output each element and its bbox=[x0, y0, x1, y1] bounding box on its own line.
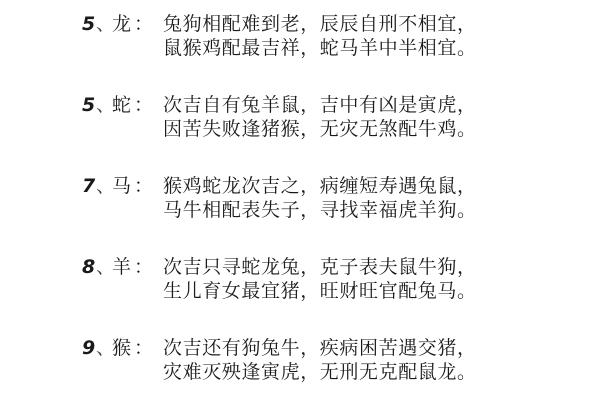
entry-number: 8 bbox=[82, 256, 96, 278]
verse-text: 次吉只寻蛇龙兔，克子表夫鼠牛狗， bbox=[163, 256, 477, 278]
entry-number: 7 bbox=[82, 175, 96, 197]
colon: ： bbox=[134, 13, 163, 35]
verse-entry-monkey: 9、猴：次吉还有狗兔牛，疾病困苦遇交猪， 灾难灭殃逢寅虎，无刑无克配鼠龙。 bbox=[82, 337, 542, 397]
entry-number: 5 bbox=[82, 94, 96, 116]
colon: ： bbox=[134, 175, 163, 197]
entry-number: 5 bbox=[82, 13, 96, 35]
separator: 、 bbox=[96, 337, 112, 359]
verse-line-1: 8、羊：次吉只寻蛇龙兔，克子表夫鼠牛狗， bbox=[82, 256, 477, 278]
separator: 、 bbox=[96, 175, 112, 197]
verse-line-1: 9、猴：次吉还有狗兔牛，疾病困苦遇交猪， bbox=[82, 337, 477, 359]
colon: ： bbox=[134, 94, 163, 116]
separator: 、 bbox=[96, 13, 112, 35]
verse-entry-dragon: 5、龙：兔狗相配难到老，辰辰自刑不相宜， 鼠猴鸡配最吉祥，蛇马羊中半相宜。 bbox=[82, 13, 542, 73]
verse-entry-horse: 7、马：猴鸡蛇龙次吉之，病缠短寿遇兔鼠， 马牛相配表失子，寻找幸福虎羊狗。 bbox=[82, 175, 542, 235]
zodiac-animal: 马 bbox=[112, 175, 134, 197]
entry-number: 9 bbox=[82, 337, 96, 359]
verse-text: 次吉还有狗兔牛，疾病困苦遇交猪， bbox=[163, 337, 477, 359]
verse-line-2: 灾难灭殃逢寅虎，无刑无克配鼠龙。 bbox=[163, 361, 477, 383]
verse-text: 兔狗相配难到老，辰辰自刑不相宜， bbox=[163, 13, 477, 35]
verse-line-2: 马牛相配表失子，寻找幸福虎羊狗。 bbox=[163, 199, 477, 221]
separator: 、 bbox=[96, 94, 112, 116]
verse-entry-goat: 8、羊：次吉只寻蛇龙兔，克子表夫鼠牛狗， 生儿育女最宜猪，旺财旺官配兔马。 bbox=[82, 256, 542, 316]
zodiac-animal: 羊 bbox=[112, 256, 134, 278]
zodiac-animal: 龙 bbox=[112, 13, 134, 35]
verse-line-2: 鼠猴鸡配最吉祥，蛇马羊中半相宜。 bbox=[163, 37, 477, 59]
colon: ： bbox=[134, 256, 163, 278]
verse-line-1: 7、马：猴鸡蛇龙次吉之，病缠短寿遇兔鼠， bbox=[82, 175, 477, 197]
verse-text: 次吉自有兔羊鼠，吉中有凶是寅虎， bbox=[163, 94, 477, 116]
separator: 、 bbox=[96, 256, 112, 278]
verse-entry-snake: 5、蛇：次吉自有兔羊鼠，吉中有凶是寅虎， 因苦失败逢猪猴，无灾无煞配牛鸡。 bbox=[82, 94, 542, 154]
verse-line-2: 生儿育女最宜猪，旺财旺官配兔马。 bbox=[163, 280, 477, 302]
verse-line-1: 5、龙：兔狗相配难到老，辰辰自刑不相宜， bbox=[82, 13, 477, 35]
verse-line-1: 5、蛇：次吉自有兔羊鼠，吉中有凶是寅虎， bbox=[82, 94, 477, 116]
verse-text: 猴鸡蛇龙次吉之，病缠短寿遇兔鼠， bbox=[163, 175, 477, 197]
zodiac-animal: 蛇 bbox=[112, 94, 134, 116]
verse-line-2: 因苦失败逢猪猴，无灾无煞配牛鸡。 bbox=[163, 118, 477, 140]
colon: ： bbox=[134, 337, 163, 359]
zodiac-animal: 猴 bbox=[112, 337, 134, 359]
